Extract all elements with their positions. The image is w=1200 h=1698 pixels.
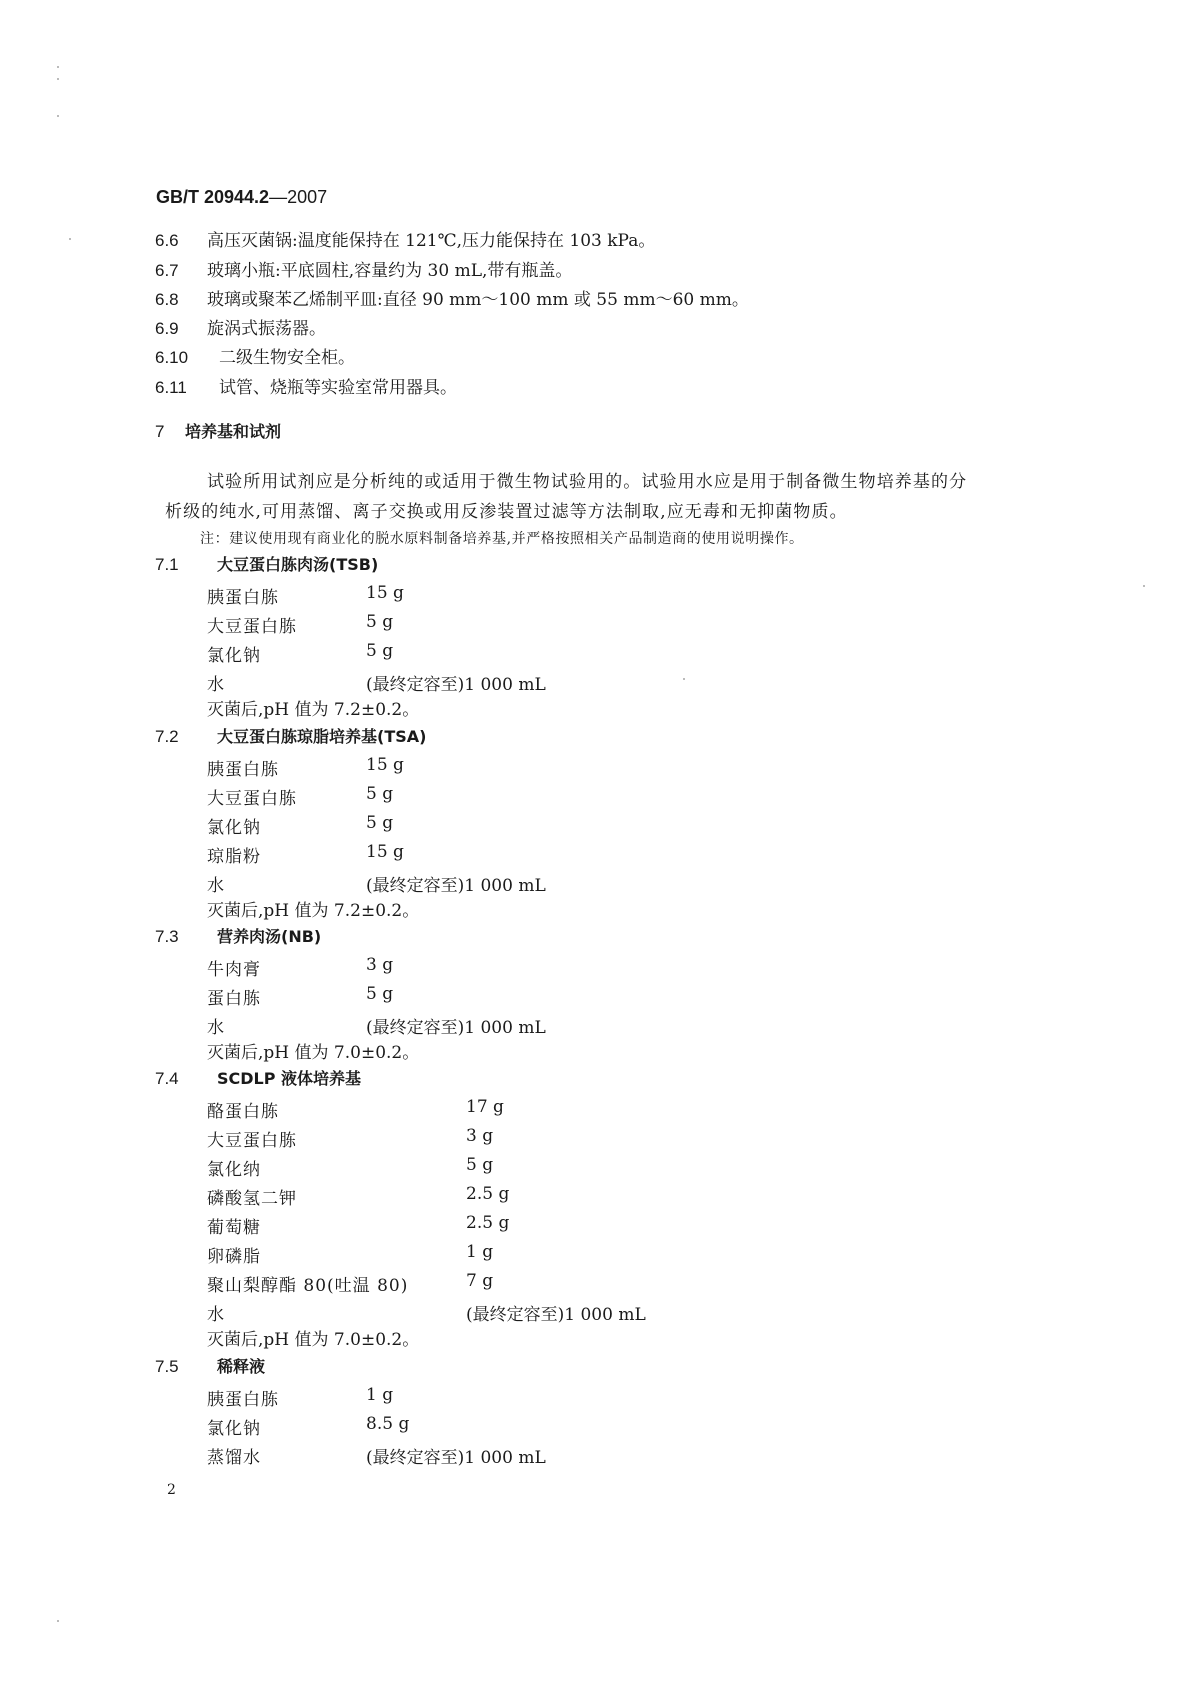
subsection-heading: 7.1大豆蛋白胨肉汤(TSB) (155, 554, 378, 576)
ingredient-name: 水 (207, 670, 225, 695)
ingredient-amount: 3 g (466, 1126, 493, 1146)
standard-year: 2007 (287, 187, 327, 207)
scan-speck (69, 238, 71, 240)
ingredient-name: 磷酸氢二钾 (207, 1184, 297, 1209)
ph-note: 灭菌后,pH 值为 7.2±0.2。 (207, 900, 419, 922)
ingredient-name: 氯化钠 (207, 813, 261, 838)
equipment-item: 6.6高压灭菌锅:温度能保持在 121℃,压力能保持在 103 kPa。 (155, 230, 655, 252)
ph-note: 灭菌后,pH 值为 7.2±0.2。 (207, 699, 419, 721)
ingredient-amount: 5 g (366, 813, 393, 833)
clause-text: 玻璃或聚苯乙烯制平皿:直径 90 mm～100 mm 或 55 mm～60 mm… (207, 290, 749, 310)
ingredient-amount: 15 g (366, 583, 404, 603)
ingredient-name: 氯化纳 (207, 1155, 261, 1180)
clause-text: 玻璃小瓶:平底圆柱,容量约为 30 mL,带有瓶盖。 (207, 261, 572, 281)
ingredient-amount: 17 g (466, 1097, 504, 1117)
ingredient-amount: (最终定容至)1 000 mL (366, 670, 546, 695)
section-number: 7 (155, 421, 185, 443)
subsection-title: SCDLP 液体培养基 (217, 1069, 361, 1088)
scan-speck (57, 78, 59, 80)
ingredient-amount: 2.5 g (466, 1184, 509, 1204)
scan-speck (1143, 585, 1145, 587)
equipment-item: 6.8玻璃或聚苯乙烯制平皿:直径 90 mm～100 mm 或 55 mm～60… (155, 289, 749, 311)
standard-dash: — (269, 187, 287, 207)
page-number: 2 (167, 1482, 176, 1498)
ingredient-name: 琼脂粉 (207, 842, 261, 867)
ingredient-amount: 3 g (366, 955, 393, 975)
paragraph-line: 析级的纯水,可用蒸馏、离子交换或用反渗装置过滤等方法制取,应无毒和无抑菌物质。 (165, 497, 848, 522)
ingredient-name: 蛋白胨 (207, 984, 261, 1009)
ingredient-name: 大豆蛋白胨 (207, 612, 297, 637)
subsection-number: 7.2 (155, 726, 217, 748)
ingredient-amount: (最终定容至)1 000 mL (366, 871, 546, 896)
ingredient-amount: 5 g (366, 984, 393, 1004)
ingredient-amount: 8.5 g (366, 1414, 409, 1434)
equipment-item: 6.11试管、烧瓶等实验室常用器具。 (155, 377, 457, 399)
subsection-title: 大豆蛋白胨琼脂培养基(TSA) (217, 727, 426, 746)
ingredient-name: 蒸馏水 (207, 1443, 261, 1468)
equipment-item: 6.7玻璃小瓶:平底圆柱,容量约为 30 mL,带有瓶盖。 (155, 260, 572, 282)
equipment-item: 6.9旋涡式振荡器。 (155, 318, 326, 340)
subsection-heading: 7.3营养肉汤(NB) (155, 926, 321, 948)
ingredient-name: 聚山梨醇酯 80(吐温 80) (207, 1271, 408, 1296)
ingredient-amount: 5 g (466, 1155, 493, 1175)
ingredient-amount: (最终定容至)1 000 mL (466, 1300, 646, 1325)
ingredient-amount: 15 g (366, 842, 404, 862)
section-heading: 7培养基和试剂 (155, 421, 281, 443)
ingredient-amount: 7 g (466, 1271, 493, 1291)
clause-number: 6.7 (155, 260, 207, 282)
scan-speck (683, 678, 685, 680)
ingredient-amount: 5 g (366, 612, 393, 632)
ingredient-name: 氯化钠 (207, 1414, 261, 1439)
ingredient-amount: (最终定容至)1 000 mL (366, 1013, 546, 1038)
section-title: 培养基和试剂 (185, 422, 281, 441)
ingredient-name: 大豆蛋白胨 (207, 1126, 297, 1151)
ingredient-amount: 2.5 g (466, 1213, 509, 1233)
subsection-number: 7.3 (155, 926, 217, 948)
clause-text: 旋涡式振荡器。 (207, 319, 326, 339)
ingredient-name: 牛肉膏 (207, 955, 261, 980)
scan-speck (57, 66, 59, 68)
ingredient-amount: 1 g (366, 1385, 393, 1405)
ingredient-name: 酪蛋白胨 (207, 1097, 279, 1122)
ingredient-name: 水 (207, 1300, 225, 1325)
subsection-heading: 7.5稀释液 (155, 1356, 265, 1378)
ph-note: 灭菌后,pH 值为 7.0±0.2。 (207, 1329, 419, 1351)
ingredient-name: 胰蛋白胨 (207, 1385, 279, 1410)
scan-speck (57, 1620, 59, 1622)
clause-number: 6.11 (155, 377, 219, 399)
scan-speck (57, 115, 59, 117)
ingredient-name: 氯化钠 (207, 641, 261, 666)
subsection-heading: 7.2大豆蛋白胨琼脂培养基(TSA) (155, 726, 426, 748)
standard-code-header: GB/T 20944.2—2007 (156, 187, 327, 208)
subsection-title: 稀释液 (217, 1357, 265, 1376)
ingredient-name: 水 (207, 1013, 225, 1038)
ingredient-amount: 5 g (366, 784, 393, 804)
ingredient-amount: (最终定容至)1 000 mL (366, 1443, 546, 1468)
ingredient-amount: 1 g (466, 1242, 493, 1262)
note: 注：建议使用现有商业化的脱水原料制备培养基,并严格按照相关产品制造商的使用说明操… (200, 528, 804, 548)
ingredient-name: 水 (207, 871, 225, 896)
clause-text: 试管、烧瓶等实验室常用器具。 (219, 378, 457, 398)
clause-text: 高压灭菌锅:温度能保持在 121℃,压力能保持在 103 kPa。 (207, 231, 655, 251)
clause-number: 6.6 (155, 230, 207, 252)
paragraph-line: 试验所用试剂应是分析纯的或适用于微生物试验用的。试验用水应是用于制备微生物培养基… (207, 467, 967, 492)
ingredient-name: 胰蛋白胨 (207, 583, 279, 608)
ingredient-amount: 15 g (366, 755, 404, 775)
subsection-number: 7.4 (155, 1068, 217, 1090)
clause-number: 6.10 (155, 347, 219, 369)
clause-number: 6.9 (155, 318, 207, 340)
ingredient-name: 胰蛋白胨 (207, 755, 279, 780)
ingredient-name: 卵磷脂 (207, 1242, 261, 1267)
equipment-item: 6.10二级生物安全柜。 (155, 347, 355, 369)
standard-code: GB/T 20944.2 (156, 187, 269, 207)
ingredient-name: 大豆蛋白胨 (207, 784, 297, 809)
ingredient-name: 葡萄糖 (207, 1213, 261, 1238)
subsection-number: 7.5 (155, 1356, 217, 1378)
subsection-title: 营养肉汤(NB) (217, 927, 321, 946)
subsection-number: 7.1 (155, 554, 217, 576)
subsection-heading: 7.4SCDLP 液体培养基 (155, 1068, 361, 1090)
clause-text: 二级生物安全柜。 (219, 348, 355, 368)
subsection-title: 大豆蛋白胨肉汤(TSB) (217, 555, 378, 574)
clause-number: 6.8 (155, 289, 207, 311)
ingredient-amount: 5 g (366, 641, 393, 661)
ph-note: 灭菌后,pH 值为 7.0±0.2。 (207, 1042, 419, 1064)
